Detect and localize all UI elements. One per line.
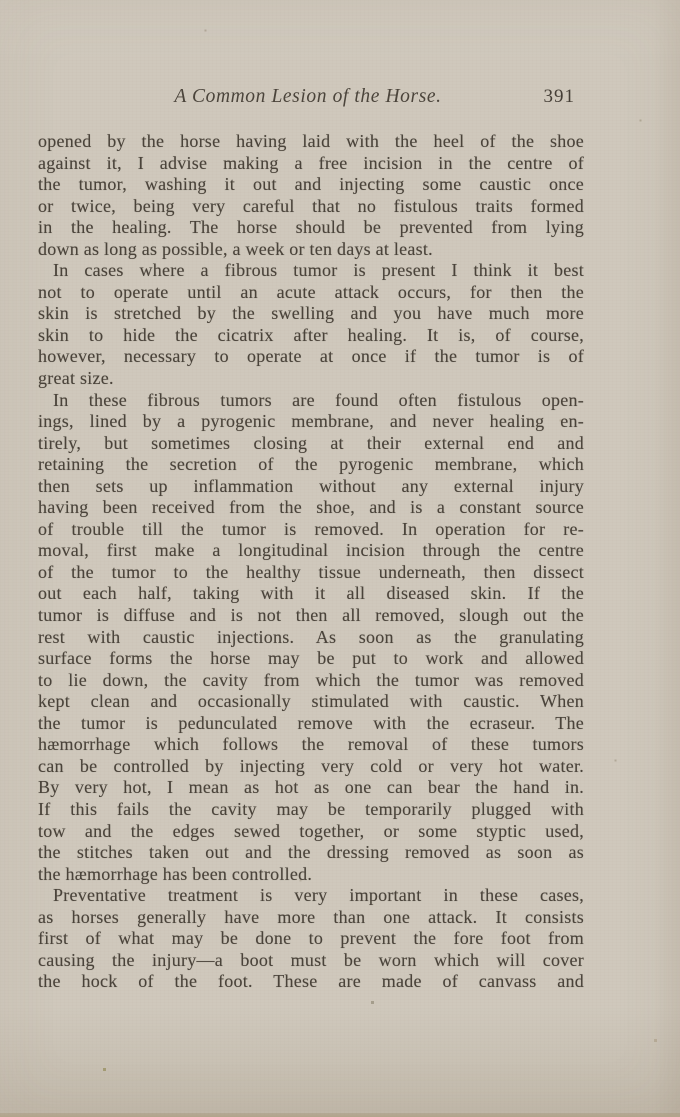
text-line: the tumor, washing it out and injecting …	[38, 174, 584, 196]
text-line: If this fails the cavity may be temporar…	[38, 799, 584, 821]
text-line: skin is stretched by the swelling and yo…	[38, 303, 584, 325]
text-line: tow and the edges sewed together, or som…	[38, 821, 584, 843]
text-line: rest with caustic injections. As soon as…	[38, 627, 584, 649]
text-line: kept clean and occasionally stimulated w…	[38, 691, 584, 713]
text-line: however, necessary to operate at once if…	[38, 346, 584, 368]
text-line: of trouble till the tumor is removed. In…	[38, 519, 584, 541]
text-line: down as long as possible, a week or ten …	[38, 239, 584, 261]
text-line: causing the injury—a boot must be worn w…	[38, 950, 584, 972]
page-bottom-edge	[0, 1113, 680, 1117]
text-line: the stitches taken out and the dressing …	[38, 842, 584, 864]
text-line: the hæmorrhage has been controlled.	[38, 864, 584, 886]
text-line: Preventative treatment is very important…	[38, 885, 584, 907]
text-line: skin to hide the cicatrix after healing.…	[38, 325, 584, 347]
text-line: out each half, taking with it all diseas…	[38, 583, 584, 605]
text-line: moval, first make a longitudinal incisio…	[38, 540, 584, 562]
text-line: great size.	[38, 368, 584, 390]
text-line: surface forms the horse may be put to wo…	[38, 648, 584, 670]
text-line: ings, lined by a pyrogenic membrane, and…	[38, 411, 584, 433]
running-header-title: A Common Lesion of the Horse.	[174, 86, 441, 108]
paper-specks	[0, 0, 1, 1]
text-line: can be controlled by injecting very cold…	[38, 756, 584, 778]
text-line: then sets up inflammation without any ex…	[38, 476, 584, 498]
text-line: as horses generally have more than one a…	[38, 907, 584, 929]
text-line: tumor is diffuse and is not then all rem…	[38, 605, 584, 627]
text-line: By very hot, I mean as hot as one can be…	[38, 777, 584, 799]
page-text: opened by the horse having laid with the…	[38, 131, 584, 993]
text-line: not to operate until an acute attack occ…	[38, 282, 584, 304]
text-line: opened by the horse having laid with the…	[38, 131, 584, 153]
text-line: first of what may be done to prevent the…	[38, 928, 584, 950]
text-line: hæmorrhage which follows the removal of …	[38, 734, 584, 756]
text-line: or twice, being very careful that no fis…	[38, 196, 584, 218]
text-line: the hock of the foot. These are made of …	[38, 971, 584, 993]
page-number: 391	[544, 86, 576, 108]
text-line: the tumor is pedunculated remove with th…	[38, 713, 584, 735]
text-line: In these fibrous tumors are found often …	[38, 390, 584, 412]
book-page: A Common Lesion of the Horse. 391 opened…	[0, 0, 680, 1117]
text-line: of the tumor to the healthy tissue under…	[38, 562, 584, 584]
text-line: In cases where a fibrous tumor is presen…	[38, 260, 584, 282]
text-line: to lie down, the cavity from which the t…	[38, 670, 584, 692]
text-line: having been received from the shoe, and …	[38, 497, 584, 519]
text-line: retaining the secretion of the pyrogenic…	[38, 454, 584, 476]
text-line: tirely, but sometimes closing at their e…	[38, 433, 584, 455]
running-header: A Common Lesion of the Horse. 391	[0, 86, 680, 112]
text-line: against it, I advise making a free incis…	[38, 153, 584, 175]
text-line: in the healing. The horse should be prev…	[38, 217, 584, 239]
